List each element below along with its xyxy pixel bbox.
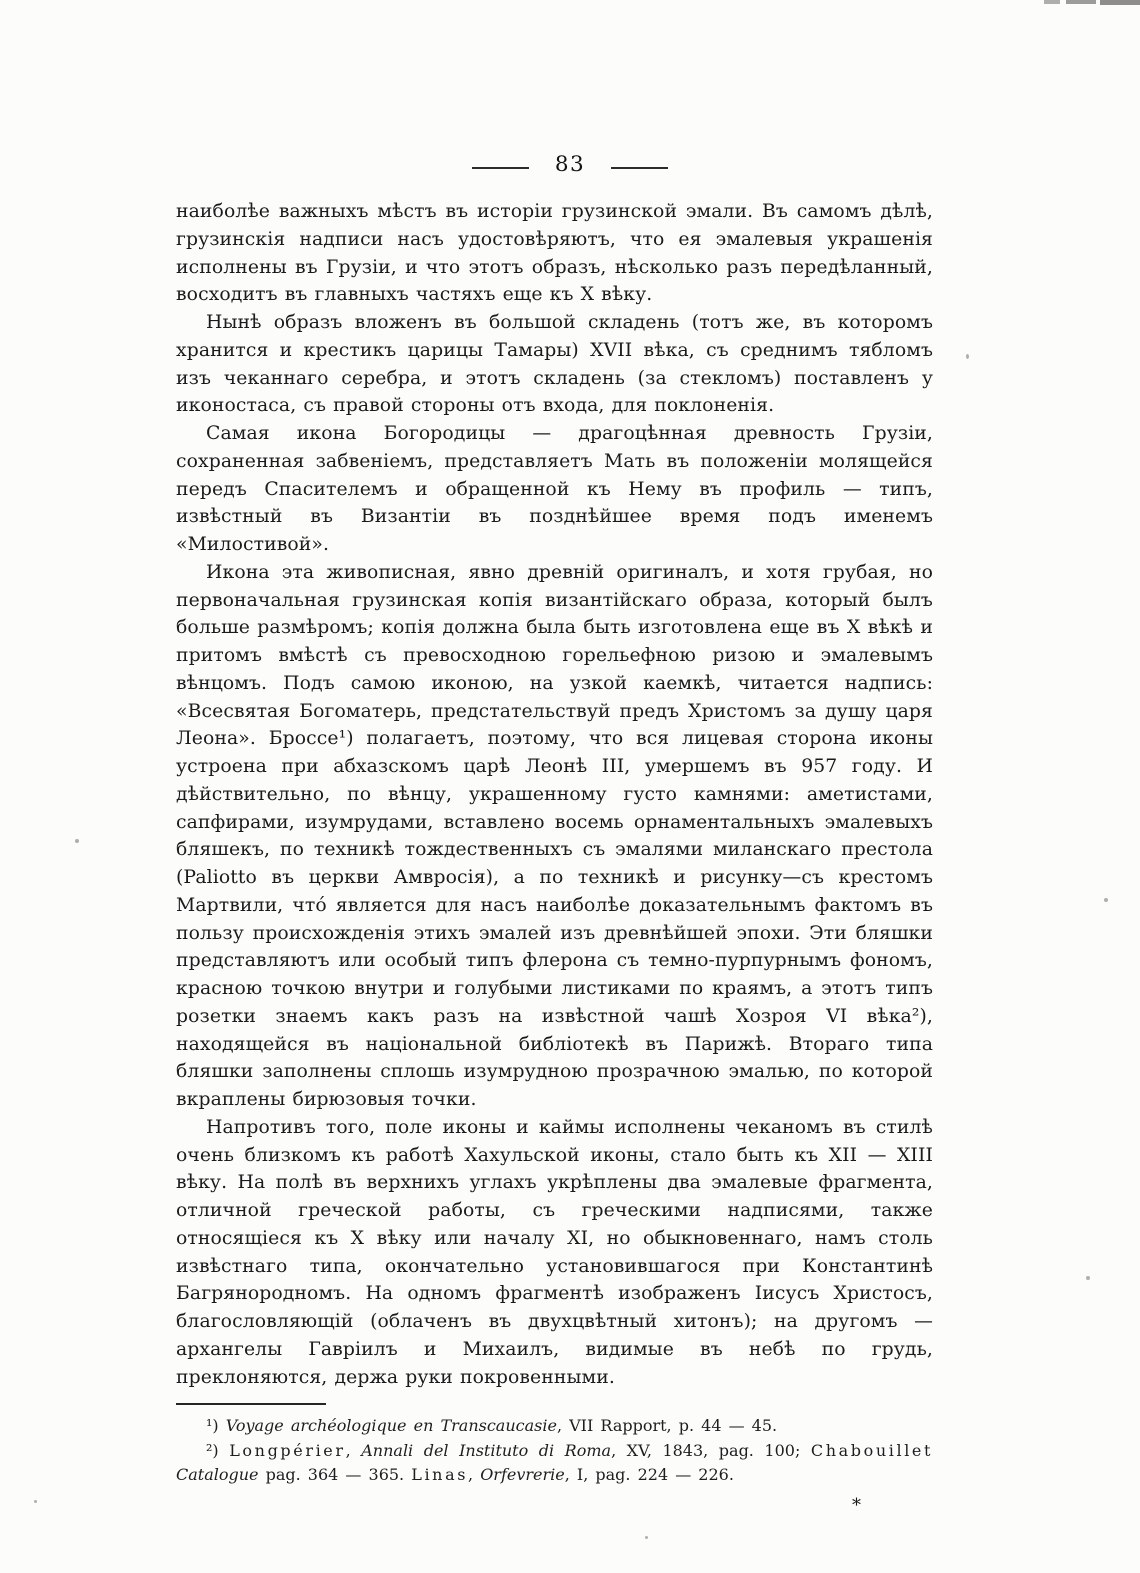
footnote: ²) Longpérier, Annali del Instituto di R… [176,1439,933,1488]
footnote-segment: Annali del Instituto di Roma [361,1441,611,1460]
scan-speck [1086,1276,1090,1280]
footnote-segment: pag. 364 — 365. [259,1465,412,1484]
scan-artifact-segment [1066,0,1096,4]
footnote-segment: , [468,1465,480,1484]
header-rule-right [611,167,668,169]
scan-speck [34,1500,37,1503]
footnote-segment: Catalogue [176,1465,259,1484]
footnotes-list: ¹) Voyage archéologique en Transcaucasie… [176,1414,933,1488]
scan-artifact [1044,0,1140,6]
paragraph: наиболѣе важныхъ мѣстъ въ исторіи грузин… [176,198,933,309]
text-column: наиболѣе важныхъ мѣстъ въ исторіи грузин… [176,198,933,1516]
scan-artifact-segment [1044,0,1060,4]
footnote-separator [176,1403,326,1405]
footnote-segment: Chabouillet [811,1441,933,1460]
page-number: 83 [555,154,585,176]
body-text: наиболѣе важныхъ мѣстъ въ исторіи грузин… [176,198,933,1391]
paragraph: Икона эта живописная, явно древній ориги… [176,559,933,1114]
footnote-segment: ¹) [206,1416,226,1435]
header-rule-left [472,167,529,169]
paragraph: Напротивъ того, поле иконы и каймы испол… [176,1114,933,1392]
paragraph: Самая икона Богородицы — драгоцѣнная дре… [176,420,933,559]
scan-artifact-segment [1100,0,1140,5]
footnote-segment: , VII Rapport, p. 44 — 45. [557,1416,777,1435]
footnote-segment: , I, pag. 224 — 226. [565,1465,734,1484]
scan-speck [645,1536,648,1539]
footnote: ¹) Voyage archéologique en Transcaucasie… [176,1414,933,1439]
book-page: 83 наиболѣе важныхъ мѣстъ въ исторіи гру… [0,0,1140,1573]
footnote-segment: Longpérier [229,1441,345,1460]
paragraph: Нынѣ образъ вложенъ въ большой складень … [176,309,933,420]
footnote-segment: , XV, 1843, pag. 100; [611,1441,811,1460]
scan-speck [1104,898,1108,902]
scan-speck [966,354,969,359]
footnote-segment: , [346,1441,362,1460]
printers-mark: * [176,1495,933,1516]
footnote-segment: Voyage archéologique en Transcaucasie [226,1416,557,1435]
page-header: 83 [0,154,1140,176]
footnote-segment: ²) [206,1441,229,1460]
footnote-segment: Orfevrerie [480,1465,565,1484]
scan-speck [75,839,79,843]
footnote-segment: Linas [411,1465,468,1484]
